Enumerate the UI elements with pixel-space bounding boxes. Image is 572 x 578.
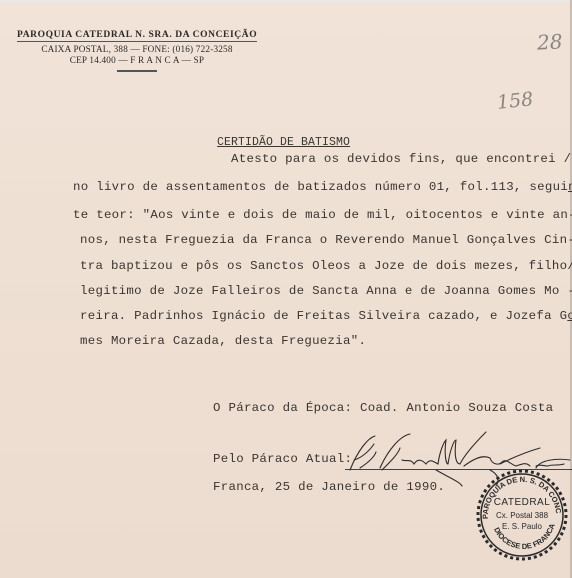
body-line: nos, nesta Freguezia da Franca o Reveren… [80, 233, 572, 247]
parish-seal-stamp: PAROQUIA DE N. S. DA CONCEIÇÃO DIOCESE D… [476, 469, 568, 561]
body-line: te teor: "Aos vinte e dois de maio de mi… [73, 208, 572, 222]
letterhead: PAROQUIA CATEDRAL N. SRA. DA CONCEIÇÃO C… [17, 30, 257, 72]
letterhead-title: PAROQUIA CATEDRAL N. SRA. DA CONCEIÇÃO [17, 30, 257, 42]
current-priest-label: Pelo Páraco Atual: [213, 452, 352, 466]
seal-line-state: E. S. Paulo [476, 522, 568, 531]
body-line: reira. Padrinhos Ignácio de Freitas Silv… [80, 309, 572, 323]
underlined-continuation: o [567, 309, 572, 323]
body-line-text: no livro de assentamentos de batizados n… [73, 180, 568, 194]
letterhead-address: CAIXA POSTAL, 388 — FONE: (016) 722-3258 [17, 44, 257, 55]
body-line: mes Moreira Cazada, desta Freguezia". [80, 334, 366, 348]
underlined-continuation: n [568, 180, 572, 194]
body-line: Atesto para os devidos fins, que encontr… [231, 152, 571, 166]
body-line: no livro de assentamentos de batizados n… [73, 180, 572, 194]
seal-line-postal: Cx. Postal 388 [476, 511, 568, 520]
letterhead-divider [117, 70, 157, 72]
handwritten-reference-number: 158 [496, 88, 534, 114]
handwritten-page-number: 28 [536, 29, 563, 54]
place-and-date: Franca, 25 de Janeiro de 1990. [213, 480, 445, 494]
seal-line-catedral: CATEDRAL [476, 497, 568, 508]
certificate-title: CERTIDÃO DE BATISMO [217, 136, 350, 149]
body-line: tra baptizou e pôs os Sanctos Oleos a Jo… [80, 259, 572, 273]
body-line-text: reira. Padrinhos Ignácio de Freitas Silv… [80, 309, 567, 323]
letterhead-city: CEP 14.400 — F R A N C A — SP [17, 55, 257, 66]
body-line: legitimo de Joze Falleiros de Sancta Ann… [80, 284, 572, 298]
priest-at-time: O Páraco da Época: Coad. Antonio Souza C… [213, 401, 553, 415]
